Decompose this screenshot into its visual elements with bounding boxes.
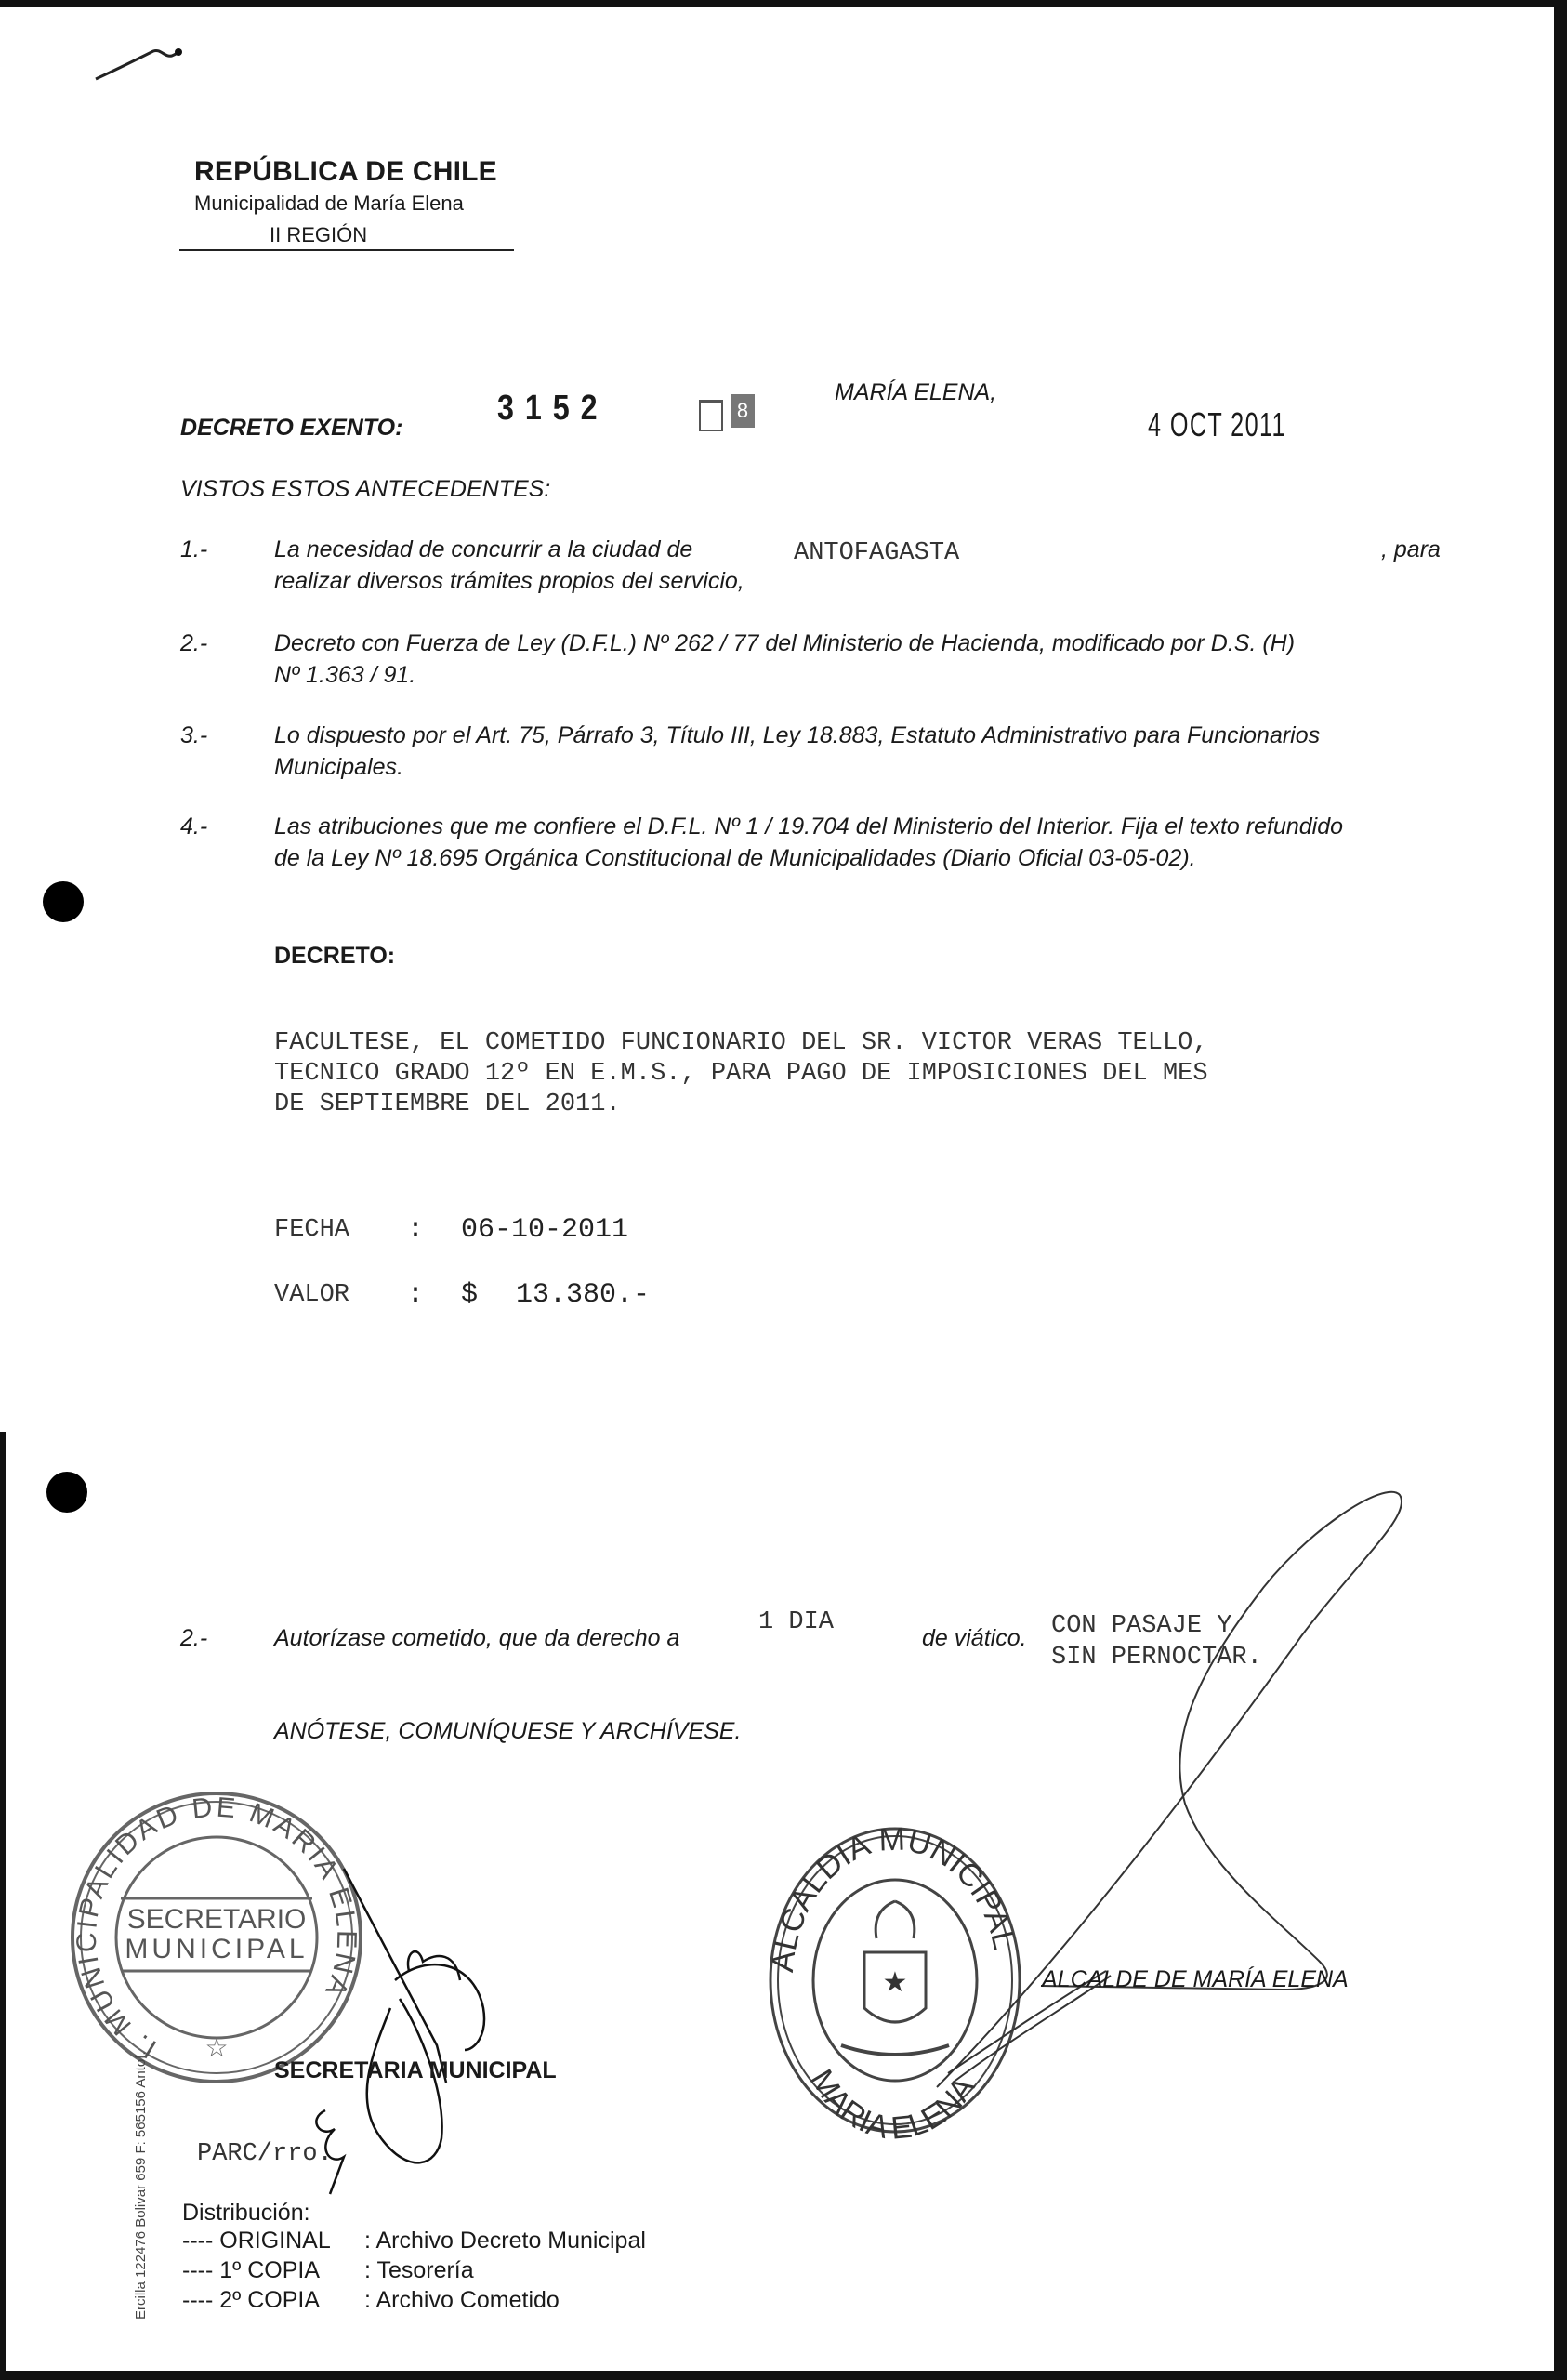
secretary-seal-icon [72,1793,361,2082]
item-text-2: Nº 1.363 / 91. [274,662,415,689]
scan-border-left [0,1432,6,2380]
decreto-body-line-3: DE SEPTIEMBRE DEL 2011. [274,1091,621,1118]
item-text: Decreto con Fuerza de Ley (D.F.L.) Nº 26… [274,630,1295,657]
item-number: 2.- [180,630,207,657]
valor-amount: 13.380.- [516,1279,650,1311]
punch-hole-bottom [46,1472,87,1513]
fecha-separator: : [407,1214,424,1246]
item-text: Lo dispuesto por el Art. 75, Párrafo 3, … [274,722,1320,749]
scan-border-top [0,0,1567,7]
item-text-2: Municipales. [274,754,403,781]
distribution-destination: : Tesorería [364,2257,474,2284]
svg-text:☆: ☆ [204,2033,228,2062]
typed-city: ANTOFAGASTA [794,539,959,567]
pen-scribble-icon [88,37,191,84]
printer-imprint: Ercilla 122476 Bolivar 659 F: 565156 Ant… [133,2051,149,2320]
decreto-body-line-2: TECNICO GRADO 12º EN E.M.S., PARA PAGO D… [274,1060,1208,1088]
item2-text2: de viático. [922,1625,1027,1652]
distribution-heading: Distribución: [182,2200,310,2227]
valor-separator: : [407,1279,424,1311]
distribution-copy: ---- 2º COPIA [182,2287,320,2314]
item-text: La necesidad de concurrir a la ciudad de [274,536,692,563]
valor-currency: $ [461,1279,478,1311]
item2-note-2: SIN PERNOCTAR. [1051,1644,1262,1672]
mayor-title: ALCALDE DE MARÍA ELENA [1042,1966,1349,1993]
secretary-signature-icon [316,1869,484,2194]
decree-label: DECRETO EXENTO: [180,415,402,442]
item-number: 1.- [180,536,207,563]
item-number: 4.- [180,813,207,840]
letterhead-municipality: Municipalidad de María Elena [194,192,464,216]
fecha-label: FECHA [274,1216,349,1244]
distribution-destination: : Archivo Decreto Municipal [364,2228,646,2254]
vistos-heading: VISTOS ESTOS ANTECEDENTES: [180,476,550,503]
letterhead-region: II REGIÓN [270,223,367,247]
mayor-signature-icon [937,1492,1402,2087]
decree-city: MARÍA ELENA, [835,379,996,406]
stamp-digit-icon: 8 [731,394,755,428]
scan-border-right [1554,0,1567,2380]
stamp-mark-icon [699,400,723,431]
alcaldia-seal-icon [770,1829,1020,2132]
decree-number: 3152 [497,389,608,429]
decreto-heading: DECRETO: [274,943,395,970]
letterhead-rule [179,249,514,251]
distribution-destination: : Archivo Cometido [364,2287,560,2314]
svg-text:SECRETARIO: SECRETARIO [127,1904,307,1935]
item-text-end: , para [1381,536,1441,563]
item2-days: 1 DIA [758,1608,834,1636]
closing-formula: ANÓTESE, COMUNÍQUESE Y ARCHÍVESE. [274,1718,741,1745]
svg-text:ALCALDIA MUNICIPAL: ALCALDIA MUNICIPAL [765,1822,1022,1974]
distribution-copy: ---- 1º COPIA [182,2257,320,2284]
item-text-2: realizar diversos trámites propios del s… [274,568,744,595]
item-text: Las atribuciones que me confiere el D.F.… [274,813,1343,840]
typist-initials: PARC/rro. [197,2140,333,2168]
scan-border-bottom [0,2371,1567,2380]
svg-text:MUNICIPAL: MUNICIPAL [125,1934,308,1964]
svg-text:I. MUNICIPALIDAD DE MARIA ELEN: I. MUNICIPALIDAD DE MARIA ELENA [72,1792,362,2065]
item2-number: 2.- [180,1625,207,1652]
decreto-body-line-1: FACULTESE, EL COMETIDO FUNCIONARIO DEL S… [274,1029,1208,1057]
svg-text:MARIA ELENA: MARIA ELENA [803,2064,981,2147]
valor-label: VALOR [274,1281,349,1309]
fecha-value: 06-10-2011 [461,1214,628,1246]
punch-hole-top [43,881,84,922]
item-text-2: de la Ley Nº 18.695 Orgánica Constitucio… [274,845,1196,872]
seals-and-signatures: I. MUNICIPALIDAD DE MARIA ELENA SECRETAR… [0,0,1567,2380]
distribution-copy: ---- ORIGINAL [182,2228,331,2254]
item2-note-1: CON PASAJE Y [1051,1612,1231,1640]
letterhead-country: REPÚBLICA DE CHILE [194,156,497,188]
item-number: 3.- [180,722,207,749]
svg-text:★: ★ [883,1967,908,1998]
item2-text: Autorízase cometido, que da derecho a [274,1625,679,1652]
decree-date-stamp: 4 OCT 2011 [1148,405,1286,444]
secretary-title: SECRETARIA MUNICIPAL [274,2057,557,2084]
